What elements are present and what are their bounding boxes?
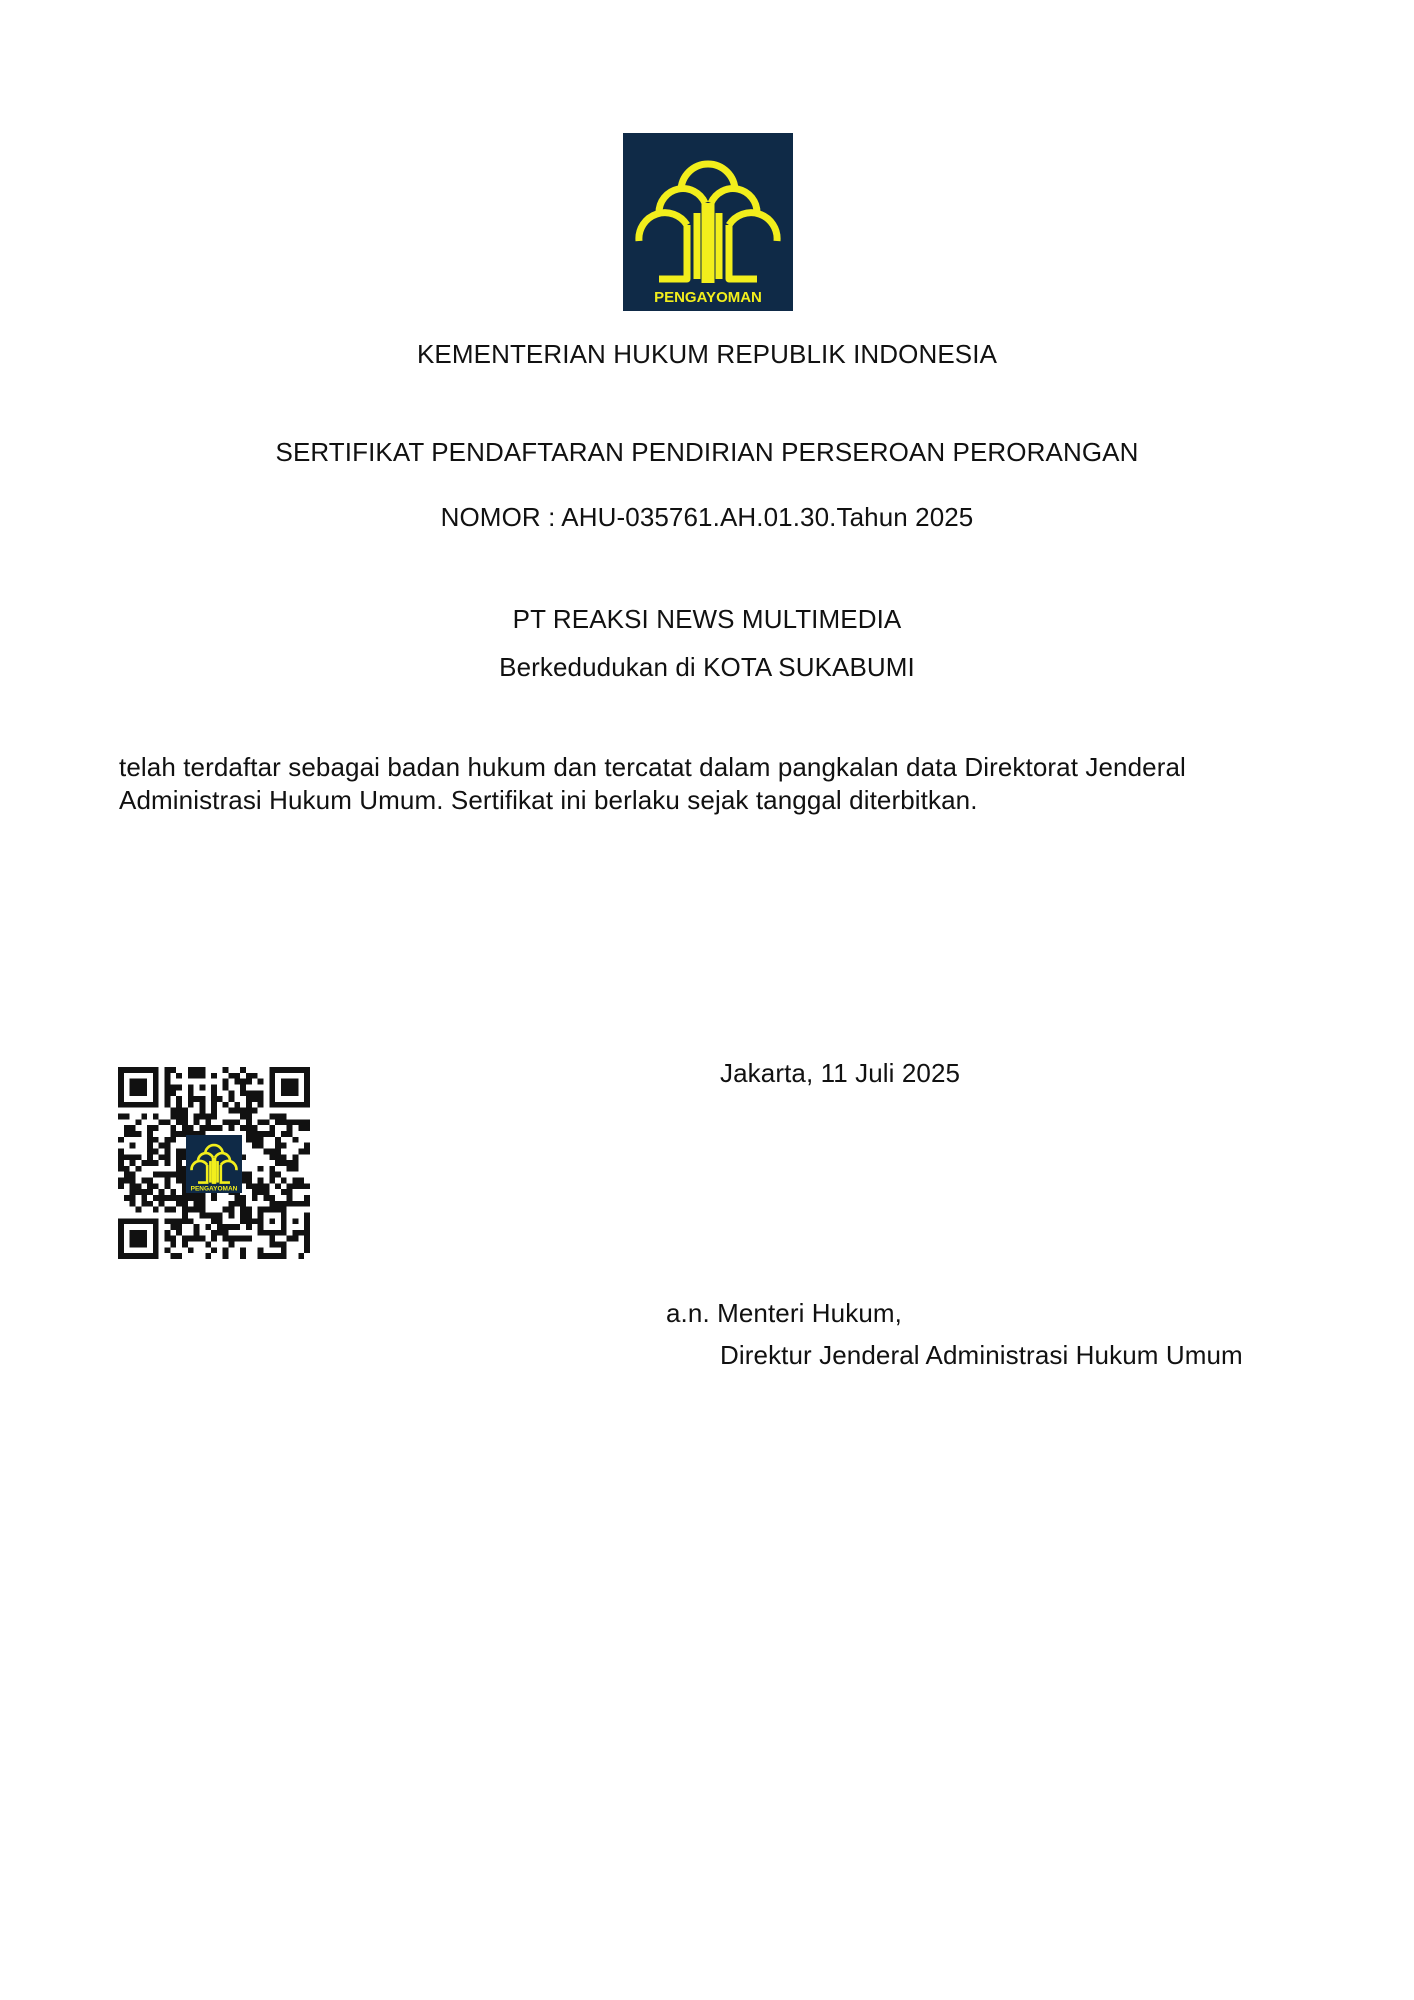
certificate-title: SERTIFIKAT PENDAFTARAN PENDIRIAN PERSERO… bbox=[0, 436, 1414, 468]
signatory-title: Direktur Jenderal Administrasi Hukum Umu… bbox=[720, 1339, 1243, 1371]
company-domicile: Berkedudukan di KOTA SUKABUMI bbox=[0, 651, 1414, 683]
certificate-statement: telah terdaftar sebagai badan hukum dan … bbox=[119, 751, 1319, 817]
pengayoman-logo: PENGAYOMAN bbox=[623, 133, 793, 311]
statement-line-1: telah terdaftar sebagai badan hukum dan … bbox=[119, 751, 1319, 784]
svg-text:PENGAYOMAN: PENGAYOMAN bbox=[654, 289, 762, 306]
company-name: PT REAKSI NEWS MULTIMEDIA bbox=[0, 603, 1414, 635]
place-date: Jakarta, 11 Juli 2025 bbox=[720, 1057, 960, 1089]
pengayoman-tree-icon: PENGAYOMAN bbox=[186, 1135, 242, 1193]
qr-center-logo: PENGAYOMAN bbox=[186, 1135, 242, 1193]
certificate-number: NOMOR : AHU-035761.AH.01.30.Tahun 2025 bbox=[0, 501, 1414, 533]
svg-text:PENGAYOMAN: PENGAYOMAN bbox=[191, 1185, 238, 1192]
pengayoman-tree-icon: PENGAYOMAN bbox=[623, 133, 793, 311]
statement-line-2: Administrasi Hukum Umum. Sertifikat ini … bbox=[119, 784, 1319, 817]
on-behalf-of: a.n. Menteri Hukum, bbox=[666, 1297, 902, 1329]
ministry-name: KEMENTERIAN HUKUM REPUBLIK INDONESIA bbox=[0, 338, 1414, 370]
